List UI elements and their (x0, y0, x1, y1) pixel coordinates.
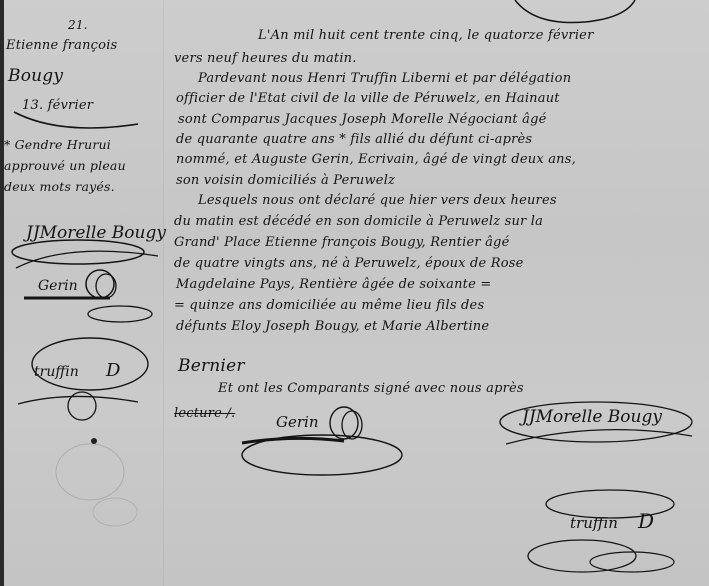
signature-gerin: Gerin (232, 405, 402, 485)
margin-signature-gerin: Gerin (20, 268, 150, 328)
body-line-16: Bernier (178, 356, 245, 376)
margin-name-line1: Etienne françois (6, 38, 117, 53)
margin-note-line3: deux mots rayés. (4, 179, 115, 194)
body-line-18: lecture /. (174, 406, 235, 421)
body-line-10: du matin est décédé en son domicile à Pe… (174, 214, 543, 229)
body-line-12: de quatre vingts ans, né à Peruwelz, épo… (174, 256, 524, 271)
top-flourish (505, 0, 645, 30)
svg-text:truffin: truffin (34, 364, 79, 380)
body-line-3: Pardevant nous Henri Truffin Liberni et … (198, 71, 571, 86)
page-binding-edge (0, 0, 4, 586)
body-line-6: de quarante quatre ans * fils allié du d… (176, 132, 532, 147)
document-page: 21. Etienne françois Bougy 13. février *… (0, 0, 709, 586)
svg-text:JJMorelle Bougy: JJMorelle Bougy (519, 407, 662, 427)
body-line-5: sont Comparus Jacques Joseph Morelle Nég… (178, 112, 547, 127)
svg-text:D: D (637, 509, 654, 533)
body-line-13: Magdelaine Pays, Rentière âgée de soixan… (176, 277, 491, 292)
faint-pencil-mark (45, 432, 155, 542)
svg-text:truffin: truffin (570, 514, 618, 532)
body-line-4: officier de l'Etat civil de la ville de … (176, 91, 560, 106)
margin-underline-flourish (10, 108, 140, 138)
margin-note-line2: approuvé un pleau (4, 158, 126, 173)
margin-rule (163, 0, 164, 586)
body-line-2: vers neuf heures du matin. (174, 51, 357, 66)
body-line-8: son voisin domiciliés à Peruwelz (176, 173, 395, 188)
body-line-1: L'An mil huit cent trente cinq, le quato… (258, 28, 594, 43)
body-line-7: nommé, et Auguste Gerin, Ecrivain, âgé d… (176, 152, 576, 167)
margin-name-line2: Bougy (8, 66, 63, 86)
svg-text:Gerin: Gerin (38, 278, 78, 294)
body-line-17: Et ont les Comparants signé avec nous ap… (218, 381, 524, 396)
body-line-9: Lesquels nous ont déclaré que hier vers … (198, 193, 557, 208)
entry-number: 21. (68, 18, 88, 32)
margin-signature-truffin: truffin D (10, 330, 150, 425)
signature-truffin: truffin D (522, 478, 692, 578)
svg-text:D: D (105, 360, 121, 381)
margin-note-line1: * Gendre Hrurui (4, 137, 111, 152)
body-line-14: = quinze ans domiciliée au même lieu fil… (174, 298, 484, 313)
svg-text:Gerin: Gerin (276, 413, 319, 431)
body-line-15: défunts Eloy Joseph Bougy, et Marie Albe… (176, 319, 489, 334)
signature-morelle-bougy: JJMorelle Bougy (496, 396, 696, 456)
body-line-11: Grand' Place Etienne françois Bougy, Ren… (174, 235, 509, 250)
